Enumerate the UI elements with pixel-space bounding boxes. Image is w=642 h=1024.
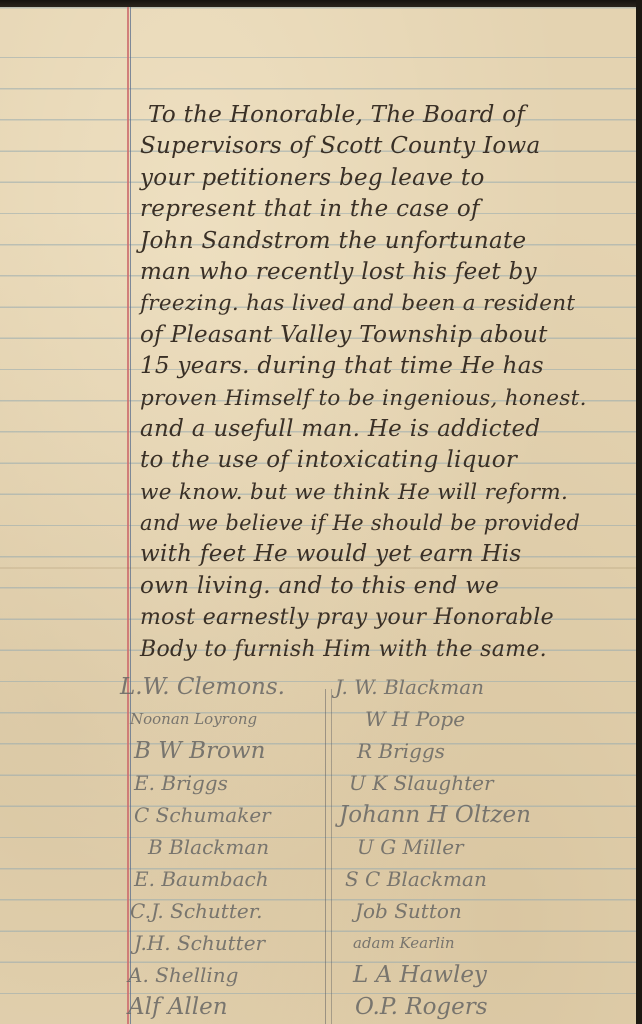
petition-line: represent that in the case of bbox=[140, 194, 632, 225]
signature: C.J. Schutter. bbox=[120, 895, 325, 927]
scan-border-top bbox=[0, 0, 642, 7]
signature: J.H. Schutter bbox=[120, 927, 325, 959]
petition-line: Body to furnish Him with the same. bbox=[140, 634, 632, 665]
petition-line: most earnestly pray your Honorable bbox=[140, 602, 632, 633]
signature: B Blackman bbox=[120, 831, 325, 863]
signature: J. W. Blackman bbox=[335, 671, 635, 703]
petition-line: freezing. has lived and been a resident bbox=[140, 288, 632, 319]
signature-column-divider bbox=[325, 689, 326, 1024]
petition-line: proven Himself to be ingenious, honest. bbox=[140, 383, 632, 414]
signature: S C Blackman bbox=[335, 863, 635, 895]
petition-line: of Pleasant Valley Township about bbox=[140, 320, 632, 351]
petition-line: John Sandstrom the unfortunate bbox=[140, 226, 632, 257]
signature-column-right: J. W. Blackman W H Pope R Briggs U K Sla… bbox=[335, 671, 635, 1023]
signature: E. Baumbach bbox=[120, 863, 325, 895]
signature: W H Pope bbox=[335, 703, 635, 735]
petition-line: to the use of intoxicating liquor bbox=[140, 445, 632, 476]
signature: Noonan Loyrong bbox=[120, 703, 325, 735]
scan-border-right bbox=[636, 0, 642, 1024]
petition-line: and a usefull man. He is addicted bbox=[140, 414, 632, 445]
signature: R Briggs bbox=[335, 735, 635, 767]
signature: U K Slaughter bbox=[335, 767, 635, 799]
document-page: To the Honorable, The Board of Superviso… bbox=[0, 7, 636, 1024]
signature: Johann H Oltzen bbox=[335, 799, 635, 831]
signature: L.W. Clemons. bbox=[120, 671, 325, 703]
signature: O.P. Rogers bbox=[335, 991, 635, 1023]
signature: A. Shelling bbox=[120, 959, 325, 991]
petition-line: 15 years. during that time He has bbox=[140, 351, 632, 382]
signature: C Schumaker bbox=[120, 799, 325, 831]
signature: E. Briggs bbox=[120, 767, 325, 799]
signature: adam Kearlin bbox=[335, 927, 635, 959]
petition-line: To the Honorable, The Board of bbox=[140, 100, 632, 131]
signature: U G Miller bbox=[335, 831, 635, 863]
petition-line: we know. but we think He will reform. bbox=[140, 477, 632, 508]
signature-block: L.W. Clemons. Noonan Loyrong B W Brown E… bbox=[120, 671, 636, 1024]
signature-column-left: L.W. Clemons. Noonan Loyrong B W Brown E… bbox=[120, 671, 325, 1023]
petition-line: your petitioners beg leave to bbox=[140, 163, 632, 194]
signature-column-divider bbox=[331, 689, 332, 1024]
petition-body: To the Honorable, The Board of Superviso… bbox=[140, 100, 632, 665]
petition-line: Supervisors of Scott County Iowa bbox=[140, 131, 632, 162]
signature: Alf Allen bbox=[120, 991, 325, 1023]
signature: Job Sutton bbox=[335, 895, 635, 927]
signature: B W Brown bbox=[120, 735, 325, 767]
signature: L A Hawley bbox=[335, 959, 635, 991]
petition-line: and we believe if He should be provided bbox=[140, 508, 632, 539]
petition-line: man who recently lost his feet by bbox=[140, 257, 632, 288]
petition-line: with feet He would yet earn His bbox=[140, 539, 632, 570]
petition-line: own living. and to this end we bbox=[140, 571, 632, 602]
